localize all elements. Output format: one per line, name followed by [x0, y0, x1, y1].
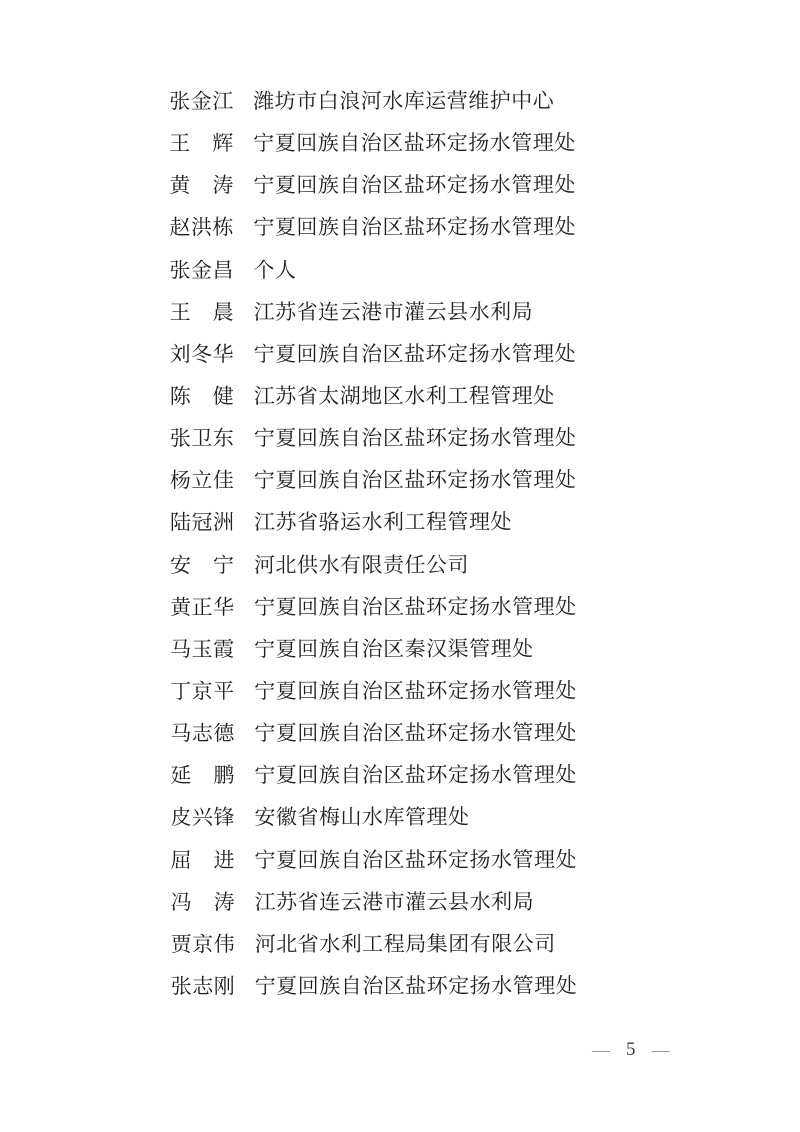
organization-name: 安徽省梅山水库管理处: [254, 804, 469, 831]
person-name: 延鹏: [170, 762, 234, 789]
organization-name: 宁夏回族自治区盐环定扬水管理处: [254, 340, 577, 368]
page-number: 5: [626, 1038, 636, 1062]
organization-name: 宁夏回族自治区盐环定扬水管理处: [254, 593, 577, 621]
person-name: 张志刚: [171, 973, 235, 1000]
person-name: 张金江: [169, 88, 233, 115]
person-name: 陆冠洲: [170, 510, 234, 537]
person-name: 贾京伟: [171, 931, 235, 958]
organization-name: 河北供水有限责任公司: [254, 551, 469, 578]
organization-name: 河北省水利工程局集团有限公司: [255, 930, 556, 958]
organization-name: 宁夏回族自治区盐环定扬水管理处: [254, 720, 577, 748]
person-name: 黄涛: [169, 173, 233, 200]
organization-name: 宁夏回族自治区盐环定扬水管理处: [253, 130, 576, 158]
person-name: 张卫东: [170, 425, 234, 452]
organization-name: 宁夏回族自治区盐环定扬水管理处: [254, 425, 577, 453]
name-org-list: 张金江 潍坊市白浪河水库运营维护中心 王辉 宁夏回族自治区盐环定扬水管理处 黄涛…: [169, 88, 577, 1016]
person-name: 安宁: [170, 552, 234, 579]
person-name: 张金昌: [169, 257, 233, 284]
list-item: 王辉 宁夏回族自治区盐环定扬水管理处: [169, 130, 576, 173]
person-name: 赵洪栋: [169, 215, 233, 242]
list-item: 贾京伟 河北省水利工程局集团有限公司: [171, 930, 578, 973]
organization-name: 宁夏回族自治区盐环定扬水管理处: [255, 846, 578, 874]
list-item: 马玉霞 宁夏回族自治区秦汉渠管理处: [170, 635, 577, 678]
organization-name: 江苏省连云港市灌云县水利局: [255, 888, 535, 915]
person-name: 王辉: [169, 130, 233, 157]
list-item: 皮兴锋 安徽省梅山水库管理处: [170, 804, 577, 847]
organization-name: 江苏省太湖地区水利工程管理处: [254, 383, 555, 411]
list-item: 黄涛 宁夏回族自治区盐环定扬水管理处: [169, 172, 576, 215]
list-item: 马志德 宁夏回族自治区盐环定扬水管理处: [170, 720, 577, 763]
organization-name: 江苏省连云港市灌云县水利局: [254, 298, 534, 325]
person-name: 冯涛: [171, 889, 235, 916]
organization-name: 宁夏回族自治区盐环定扬水管理处: [253, 172, 576, 200]
list-item: 陈健 江苏省太湖地区水利工程管理处: [170, 383, 577, 426]
list-item: 张志刚 宁夏回族自治区盐环定扬水管理处: [171, 973, 578, 1016]
organization-name: 宁夏回族自治区盐环定扬水管理处: [254, 467, 577, 495]
person-name: 杨立佳: [170, 468, 234, 495]
person-name: 陈健: [170, 383, 234, 410]
organization-name: 个人: [253, 257, 296, 284]
footer-left-dash: —: [592, 1038, 610, 1062]
footer-right-dash: —: [652, 1038, 670, 1062]
organization-name: 潍坊市白浪河水库运营维护中心: [253, 88, 554, 116]
list-item: 安宁 河北供水有限责任公司: [170, 551, 577, 594]
person-name: 王晨: [170, 299, 234, 326]
organization-name: 宁夏回族自治区秦汉渠管理处: [254, 636, 534, 663]
person-name: 丁京平: [170, 678, 234, 705]
organization-name: 江苏省骆运水利工程管理处: [254, 509, 512, 536]
person-name: 刘冬华: [170, 341, 234, 368]
person-name: 皮兴锋: [170, 805, 234, 832]
organization-name: 宁夏回族自治区盐环定扬水管理处: [254, 762, 577, 790]
person-name: 屈进: [171, 847, 235, 874]
list-item: 延鹏 宁夏回族自治区盐环定扬水管理处: [170, 762, 577, 805]
page-footer: — 5 —: [592, 1038, 670, 1062]
list-item: 赵洪栋 宁夏回族自治区盐环定扬水管理处: [169, 214, 576, 257]
list-item: 丁京平 宁夏回族自治区盐环定扬水管理处: [170, 678, 577, 721]
list-item: 王晨 江苏省连云港市灌云县水利局: [170, 298, 577, 341]
list-item: 张卫东 宁夏回族自治区盐环定扬水管理处: [170, 425, 577, 468]
person-name: 马志德: [170, 720, 234, 747]
list-item: 陆冠洲 江苏省骆运水利工程管理处: [170, 509, 577, 552]
organization-name: 宁夏回族自治区盐环定扬水管理处: [253, 214, 576, 242]
list-item: 杨立佳 宁夏回族自治区盐环定扬水管理处: [170, 467, 577, 510]
list-item: 屈进 宁夏回族自治区盐环定扬水管理处: [171, 846, 578, 889]
list-item: 张金江 潍坊市白浪河水库运营维护中心: [169, 88, 576, 131]
list-item: 刘冬华 宁夏回族自治区盐环定扬水管理处: [170, 340, 577, 383]
person-name: 马玉霞: [170, 636, 234, 663]
document-page: 张金江 潍坊市白浪河水库运营维护中心 王辉 宁夏回族自治区盐环定扬水管理处 黄涛…: [0, 0, 800, 1132]
person-name: 黄正华: [170, 594, 234, 621]
list-item: 张金昌 个人: [169, 256, 576, 299]
list-item: 黄正华 宁夏回族自治区盐环定扬水管理处: [170, 593, 577, 636]
organization-name: 宁夏回族自治区盐环定扬水管理处: [254, 678, 577, 706]
list-item: 冯涛 江苏省连云港市灌云县水利局: [171, 888, 578, 931]
organization-name: 宁夏回族自治区盐环定扬水管理处: [255, 973, 578, 1001]
